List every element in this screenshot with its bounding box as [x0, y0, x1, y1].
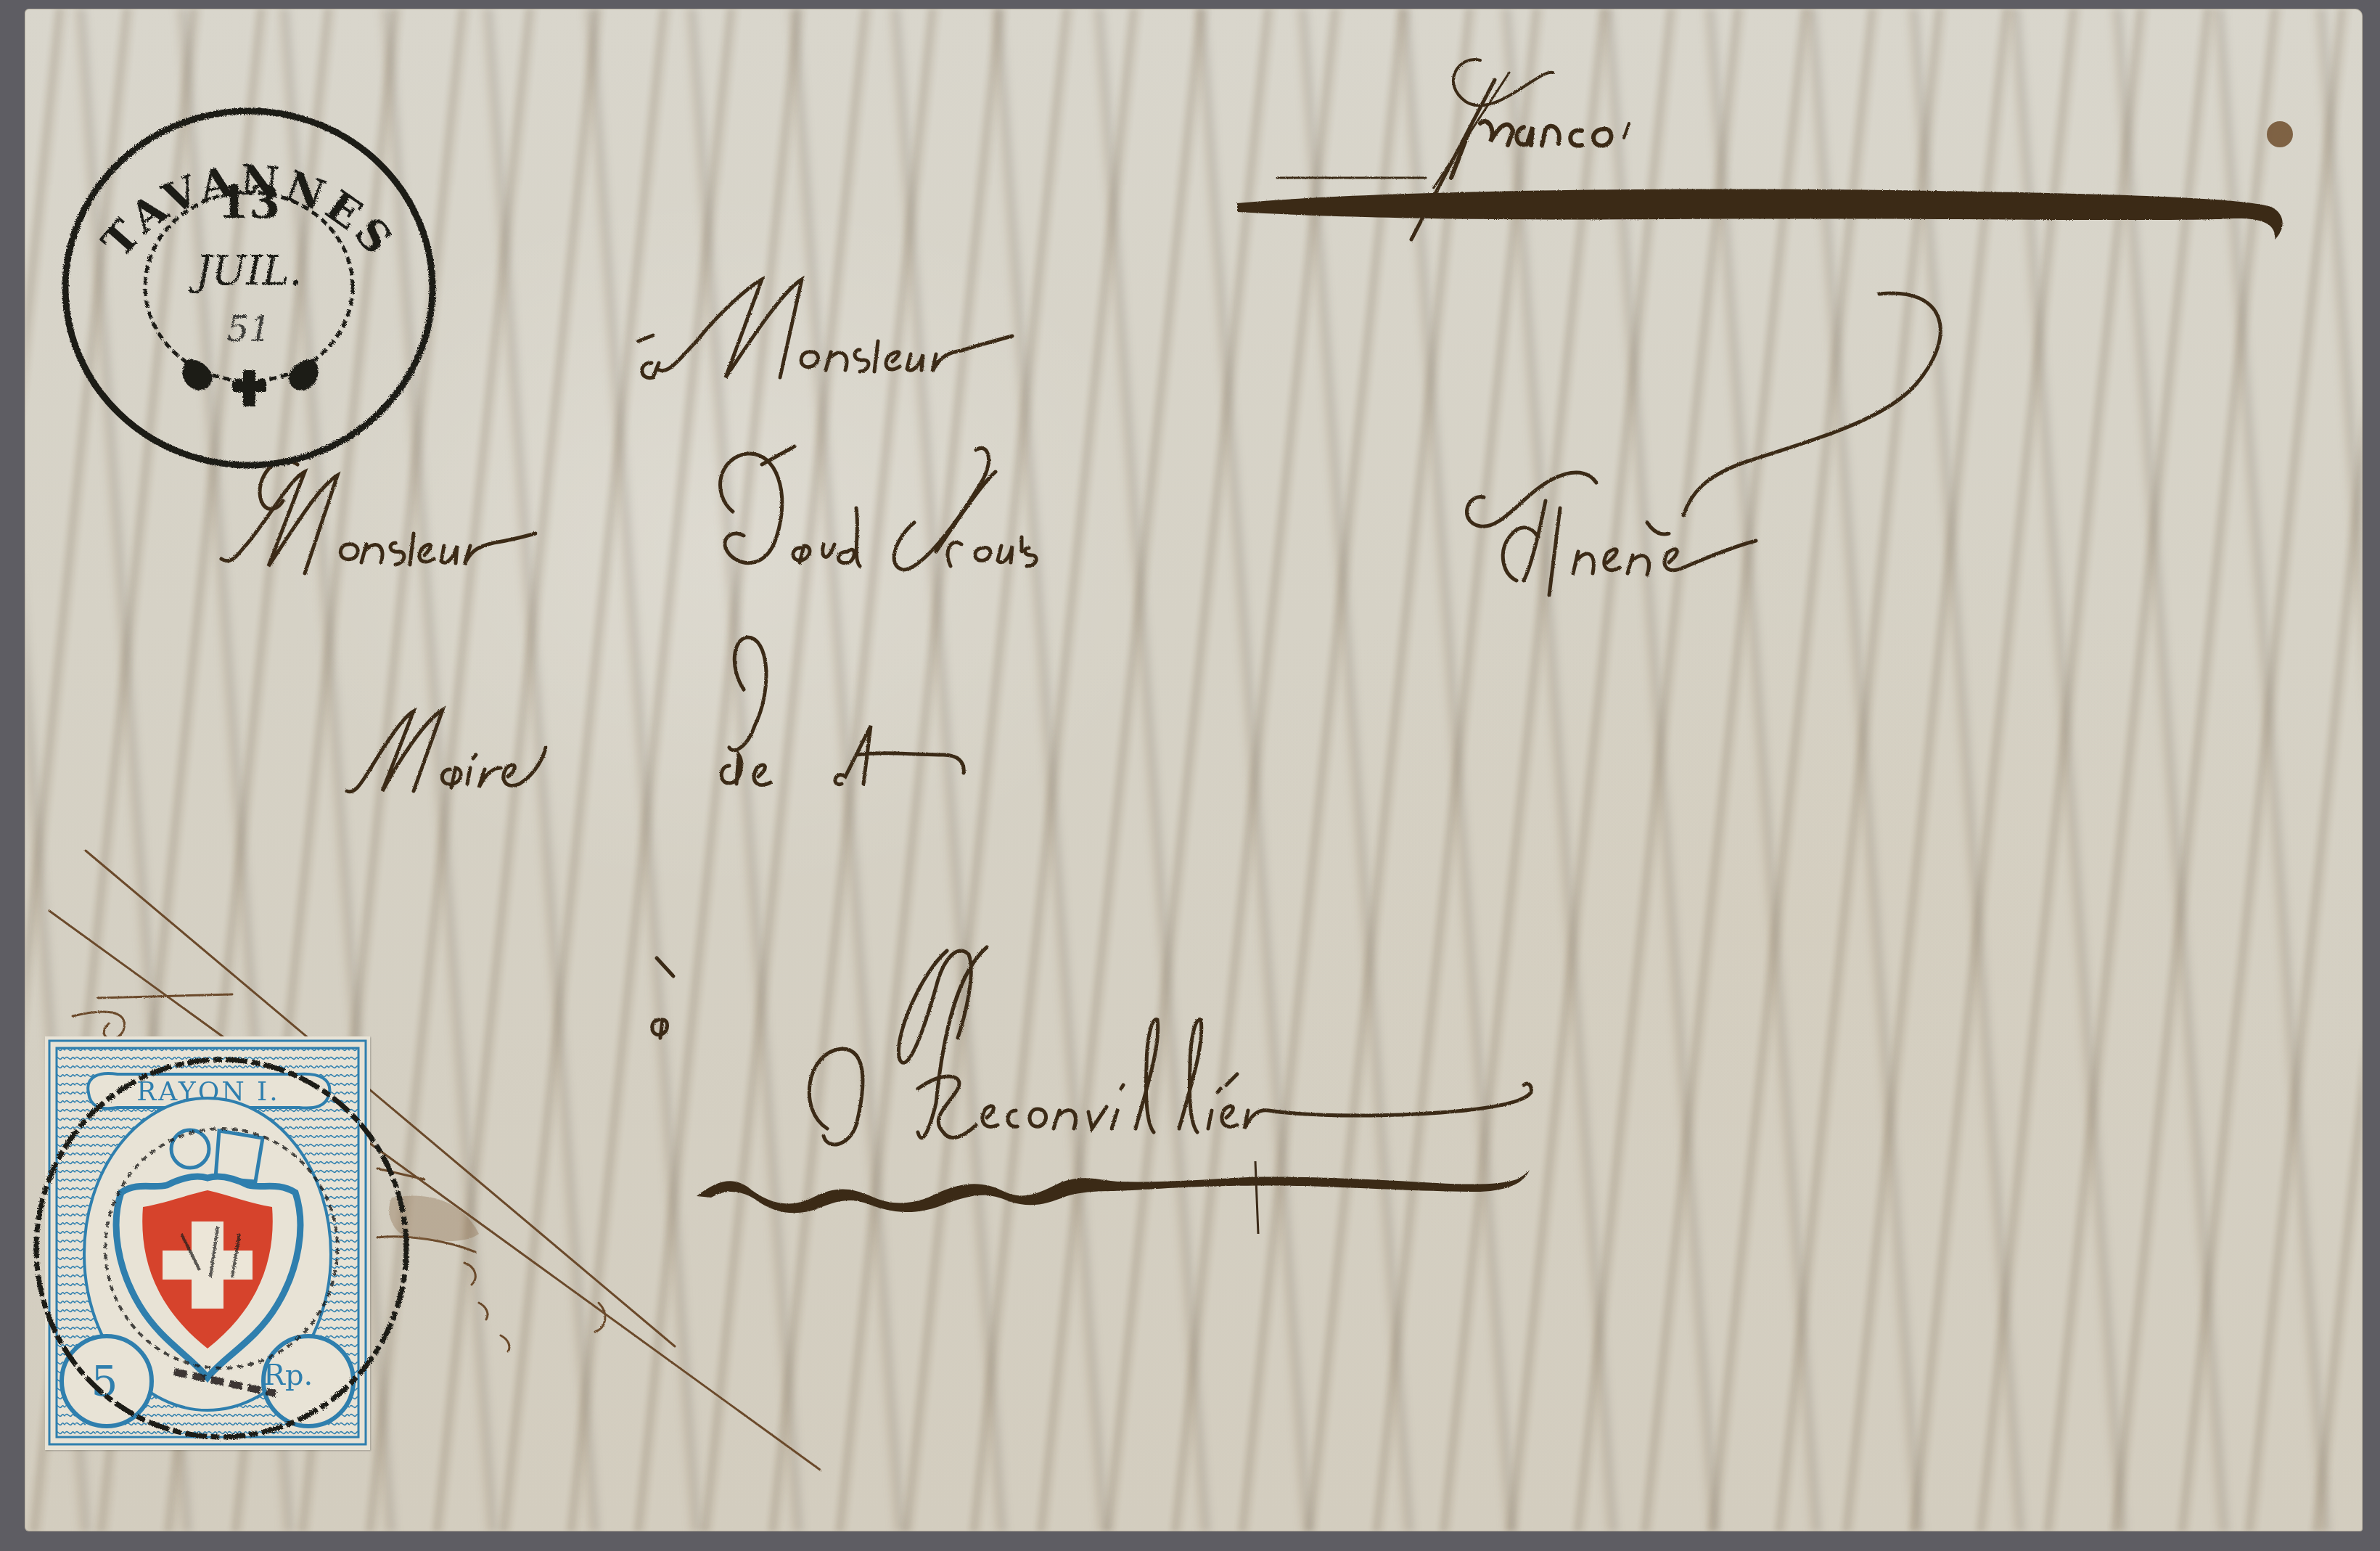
- postmark-layer: TAVANNES 13 JUIL. 51: [0, 0, 2380, 1551]
- stamp-cancellation: [36, 1060, 406, 1437]
- postmark-day: 13: [218, 176, 280, 229]
- postmark-year: 51: [226, 309, 271, 350]
- postmark-cross-ornament: [182, 359, 318, 406]
- tavannes-postmark: TAVANNES 13 JUIL. 51: [65, 111, 432, 465]
- postmark-month: JUIL.: [189, 247, 303, 295]
